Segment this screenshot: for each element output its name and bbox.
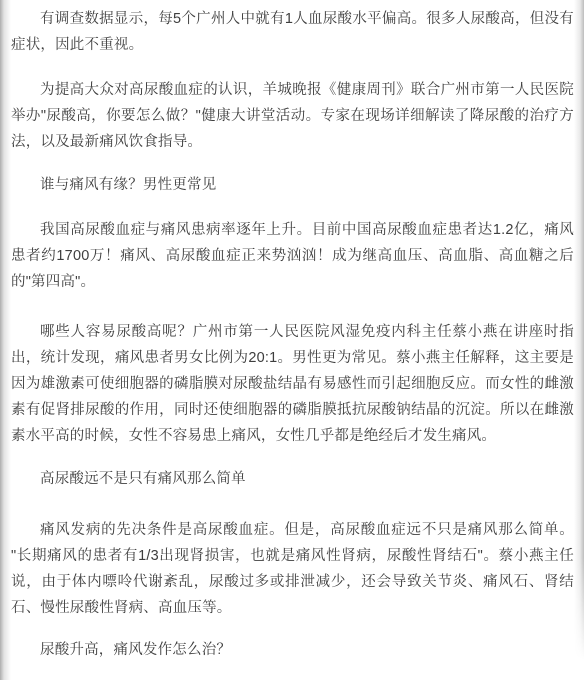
article-page: { "page": { "background_color": "#ffffff… [0, 0, 584, 680]
paragraph-kidney-damage: 痛风发病的先决条件是高尿酸血症。但是，高尿酸血症远不只是痛风那么简单。 "长期痛… [11, 517, 574, 621]
paragraph-statistics: 我国高尿酸血症与痛风患病率逐年上升。目前中国高尿酸血症患者达1.2亿，痛风患者约… [11, 217, 574, 295]
paragraph-gender-ratio: 哪些人容易尿酸高呢？广州市第一人民医院风湿免疫内科主任蔡小燕在讲座时指出，统计发… [11, 319, 574, 449]
section-heading-treatment: 尿酸升高，痛风发作怎么治？ [11, 637, 574, 663]
section-heading-not-simple: 高尿酸远不是只有痛风那么简单 [11, 466, 574, 492]
article-body: 有调查数据显示，每5个广州人中就有1人血尿酸水平偏高。很多人尿酸高，但没有症状，… [0, 0, 584, 663]
paragraph-survey-intro: 有调查数据显示，每5个广州人中就有1人血尿酸水平偏高。很多人尿酸高，但没有症状，… [11, 6, 574, 58]
section-heading-gout-males: 谁与痛风有缘？男性更常见 [11, 172, 574, 198]
paragraph-lecture-event: 为提高大众对高尿酸血症的认识，羊城晚报《健康周刊》联合广州市第一人民医院举办"尿… [11, 77, 574, 155]
